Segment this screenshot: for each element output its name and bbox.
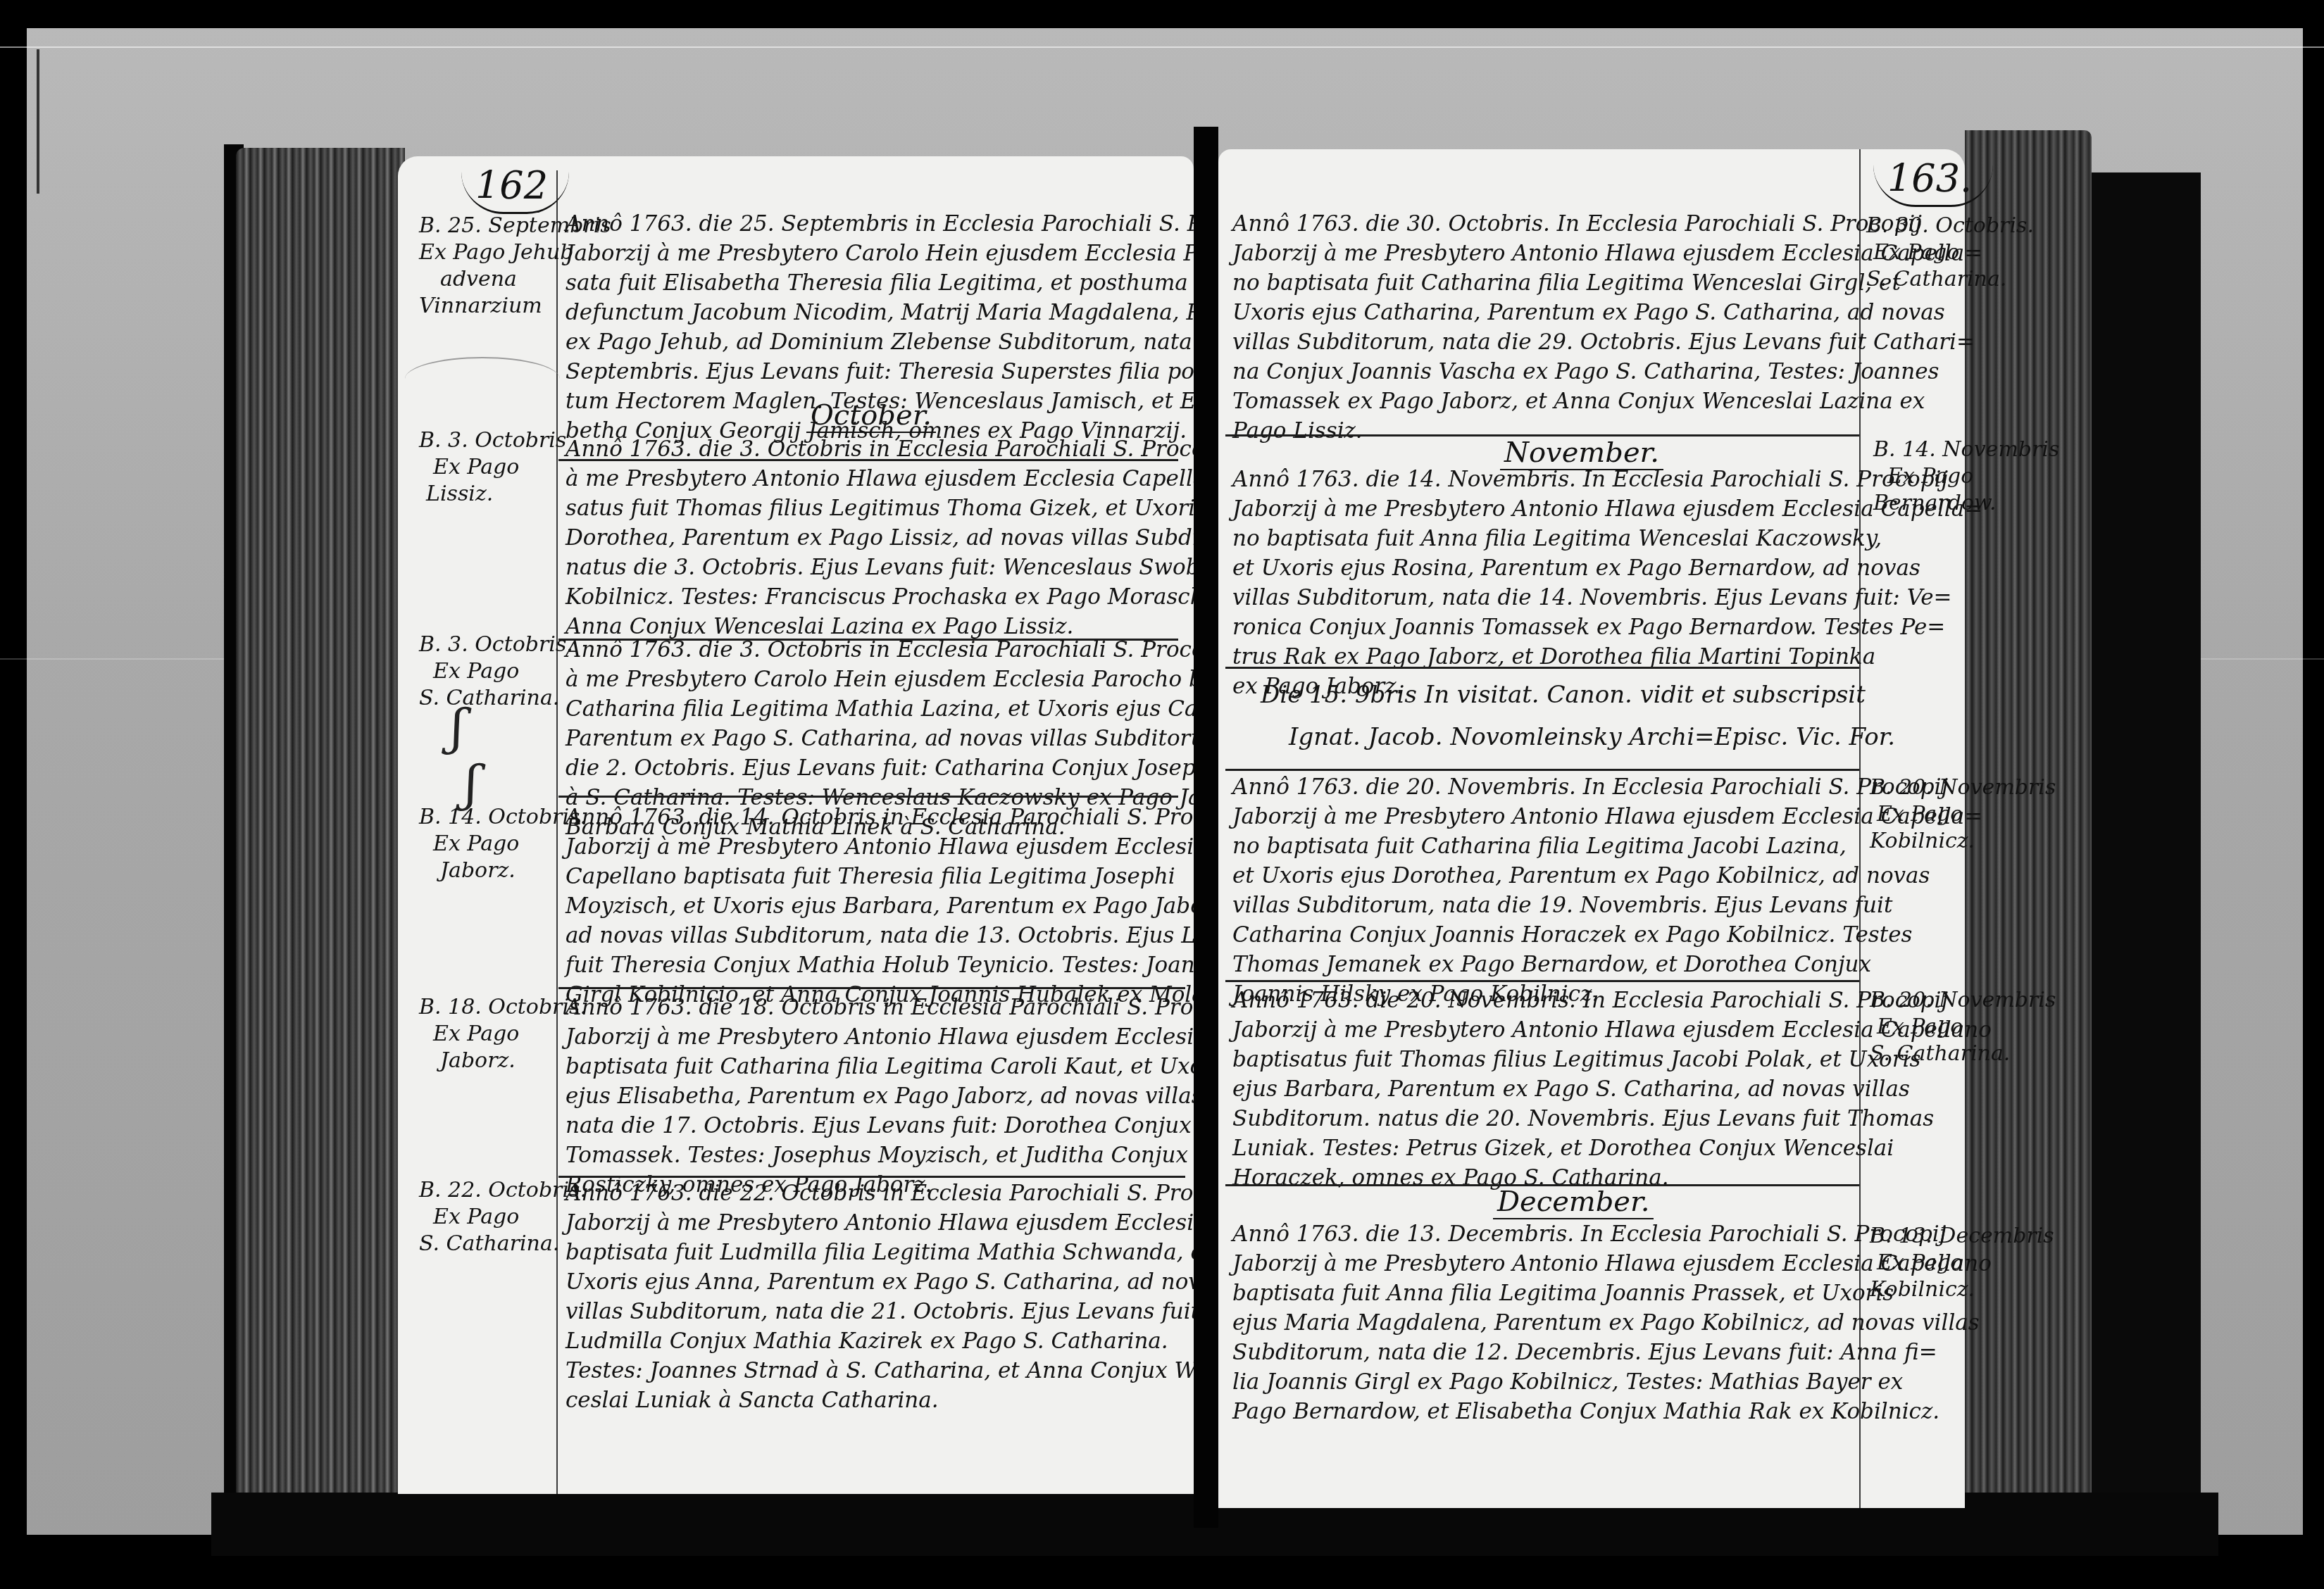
left-page: 162 B. 25. Septembris Ex Pago Jehub adve… (398, 156, 1194, 1494)
page-block-left (236, 148, 405, 1500)
right-page: 163. Annô 1763. die 30. Octobris. In Ecc… (1218, 149, 1965, 1508)
margin-squiggle-mark: ʃ (451, 698, 464, 756)
margin-note: B. 3. Octobris. Ex Pago S. Catharina. (419, 632, 573, 712)
pencil-mark (405, 357, 560, 401)
margin-note: B. 20. Novembris Ex Pago S. Catharina. (1870, 987, 2056, 1067)
margin-note: B. 3. Octobris Ex Pago Lissiz. (419, 427, 566, 508)
entry-divider (1225, 769, 1859, 771)
month-heading-october: October. (806, 399, 936, 433)
margin-note: B. 14. Octobris. Ex Pago Jaborz. (419, 804, 587, 884)
margin-note: B. 20. Novembris Ex Pago Kobilnicz. (1870, 774, 2056, 855)
entry-divider (558, 1176, 1185, 1178)
page-number: 162 (461, 163, 569, 214)
month-heading-december: December. (1493, 1186, 1654, 1219)
margin-note: B. 25. Septembris Ex Pago Jehub advena V… (419, 213, 553, 320)
margin-note: B. 30. Octobris. Ex Pago S. Catharina. (1866, 213, 2034, 293)
entry-divider (558, 987, 1185, 989)
baptism-entry: Annô 1763. die 14. Novembris. In Ecclesi… (1232, 465, 1982, 701)
margin-note: B. 13. Decembris Ex Pago Kobilnicz. (1870, 1223, 2054, 1303)
entry-divider (558, 796, 1178, 798)
mat-mark (37, 49, 39, 194)
baptism-entry: Annô 1763. die 14. Octobris in Ecclesia … (566, 803, 1301, 1010)
margin-note: B. 14. Novembris Ex Pago Bernardow. (1873, 436, 2059, 517)
margin-note: B. 18. Octobris. Ex Pago Jaborz. (419, 994, 587, 1074)
book-gutter (1194, 127, 1218, 1528)
entry-divider (1225, 980, 1859, 982)
visitation-note: Die 15. 9bris In visitat. Canon. vidit e… (1261, 674, 1895, 758)
scan-artifact-line (0, 46, 2324, 48)
margin-note: B. 22. Octobris. Ex Pago S. Catharina. (419, 1177, 587, 1257)
entry-divider (1225, 667, 1859, 669)
